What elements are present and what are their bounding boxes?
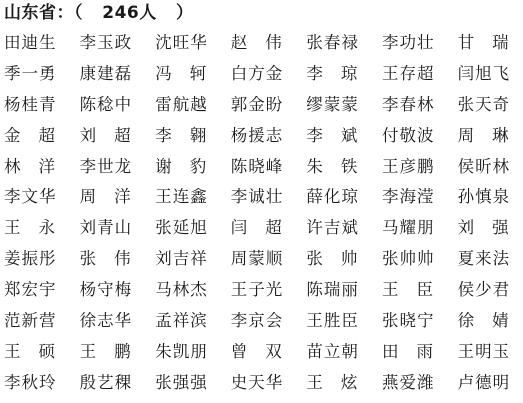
name-cell: 张晓宁 bbox=[382, 308, 458, 339]
name-cell: 付敬波 bbox=[382, 123, 458, 154]
name-cell: 杨守梅 bbox=[80, 277, 156, 308]
name-cell: 冯轲 bbox=[155, 61, 231, 92]
name-cell: 姜振彤 bbox=[4, 246, 80, 277]
name-cell: 季一勇 bbox=[4, 61, 80, 92]
name-cell: 王子光 bbox=[231, 277, 307, 308]
name-cell: 李玉政 bbox=[80, 30, 156, 61]
province-heading: 山东省：（ 246人 ） bbox=[4, 1, 194, 25]
name-cell: 张帅 bbox=[306, 246, 382, 277]
name-cell: 白方金 bbox=[231, 61, 307, 92]
name-cell: 苗立朝 bbox=[306, 339, 382, 370]
name-cell: 侯少君 bbox=[458, 277, 523, 308]
name-cell: 张春禄 bbox=[306, 30, 382, 61]
name-cell: 李诚壮 bbox=[231, 184, 307, 215]
name-cell: 郑宏宇 bbox=[4, 277, 80, 308]
name-cell: 陈晓峰 bbox=[231, 154, 307, 185]
name-cell: 李世龙 bbox=[80, 154, 156, 185]
name-cell: 张天奇 bbox=[458, 92, 523, 123]
name-cell: 曾双 bbox=[231, 339, 307, 370]
name-cell: 李秋玲 bbox=[4, 370, 80, 401]
name-cell: 徐志华 bbox=[80, 308, 156, 339]
name-cell: 林洋 bbox=[4, 154, 80, 185]
name-cell: 王连鑫 bbox=[155, 184, 231, 215]
name-cell: 周洋 bbox=[80, 184, 156, 215]
name-cell: 张延旭 bbox=[155, 215, 231, 246]
name-cell: 张强强 bbox=[155, 370, 231, 401]
name-cell: 史天华 bbox=[231, 370, 307, 401]
name-cell: 李翱 bbox=[155, 123, 231, 154]
name-cell: 陈瑞丽 bbox=[306, 277, 382, 308]
name-cell: 李文华 bbox=[4, 184, 80, 215]
name-cell: 张帅帅 bbox=[382, 246, 458, 277]
name-cell: 李功壮 bbox=[382, 30, 458, 61]
name-cell: 王硕 bbox=[4, 339, 80, 370]
name-cell: 李海滢 bbox=[382, 184, 458, 215]
name-cell: 李京会 bbox=[231, 308, 307, 339]
name-cell: 殷艺稞 bbox=[80, 370, 156, 401]
name-cell: 卢德明 bbox=[458, 370, 523, 401]
name-cell: 马耀朋 bbox=[382, 215, 458, 246]
name-cell: 范新营 bbox=[4, 308, 80, 339]
name-cell: 朱铁 bbox=[306, 154, 382, 185]
name-cell: 田雨 bbox=[382, 339, 458, 370]
name-cell: 刘青山 bbox=[80, 215, 156, 246]
name-cell: 缪蒙蒙 bbox=[306, 92, 382, 123]
name-cell: 杨援志 bbox=[231, 123, 307, 154]
name-cell: 周琳 bbox=[458, 123, 523, 154]
name-cell: 侯昕林 bbox=[458, 154, 523, 185]
name-cell: 刘超 bbox=[80, 123, 156, 154]
name-cell: 李斌 bbox=[306, 123, 382, 154]
name-cell: 李琼 bbox=[306, 61, 382, 92]
name-cell: 王彦鹏 bbox=[382, 154, 458, 185]
name-cell: 王鹏 bbox=[80, 339, 156, 370]
name-cell: 孟祥滨 bbox=[155, 308, 231, 339]
name-cell: 郭金盼 bbox=[231, 92, 307, 123]
name-cell: 康建磊 bbox=[80, 61, 156, 92]
name-cell: 马林杰 bbox=[155, 277, 231, 308]
name-cell: 刘吉祥 bbox=[155, 246, 231, 277]
name-cell: 沈旺华 bbox=[155, 30, 231, 61]
name-cell: 王永 bbox=[4, 215, 80, 246]
name-cell: 田迪生 bbox=[4, 30, 80, 61]
name-cell: 闫超 bbox=[231, 215, 307, 246]
name-cell: 张伟 bbox=[80, 246, 156, 277]
name-cell: 薛化琼 bbox=[306, 184, 382, 215]
name-cell: 闫旭飞 bbox=[458, 61, 523, 92]
name-cell: 赵伟 bbox=[231, 30, 307, 61]
name-cell: 刘强 bbox=[458, 215, 523, 246]
name-cell: 谢豹 bbox=[155, 154, 231, 185]
name-cell: 杨桂青 bbox=[4, 92, 80, 123]
name-cell: 王炫 bbox=[306, 370, 382, 401]
name-cell: 燕爱潍 bbox=[382, 370, 458, 401]
name-cell: 陈稔中 bbox=[80, 92, 156, 123]
name-cell: 周蒙顺 bbox=[231, 246, 307, 277]
name-list: 田迪生李玉政沈旺华赵伟张春禄李功壮甘瑞季一勇康建磊冯轲白方金李琼王存超闫旭飞杨桂… bbox=[4, 30, 523, 401]
name-cell: 雷航越 bbox=[155, 92, 231, 123]
name-cell: 王臣 bbox=[382, 277, 458, 308]
name-cell: 王存超 bbox=[382, 61, 458, 92]
name-cell: 徐婧 bbox=[458, 308, 523, 339]
name-cell: 金超 bbox=[4, 123, 80, 154]
name-cell: 王明玉 bbox=[458, 339, 523, 370]
name-cell: 朱凯朋 bbox=[155, 339, 231, 370]
name-cell: 李春林 bbox=[382, 92, 458, 123]
name-cell: 许吉斌 bbox=[306, 215, 382, 246]
name-cell: 夏来法 bbox=[458, 246, 523, 277]
name-cell: 王胜臣 bbox=[306, 308, 382, 339]
name-cell: 孙慎泉 bbox=[458, 184, 523, 215]
name-cell: 甘瑞 bbox=[458, 30, 523, 61]
